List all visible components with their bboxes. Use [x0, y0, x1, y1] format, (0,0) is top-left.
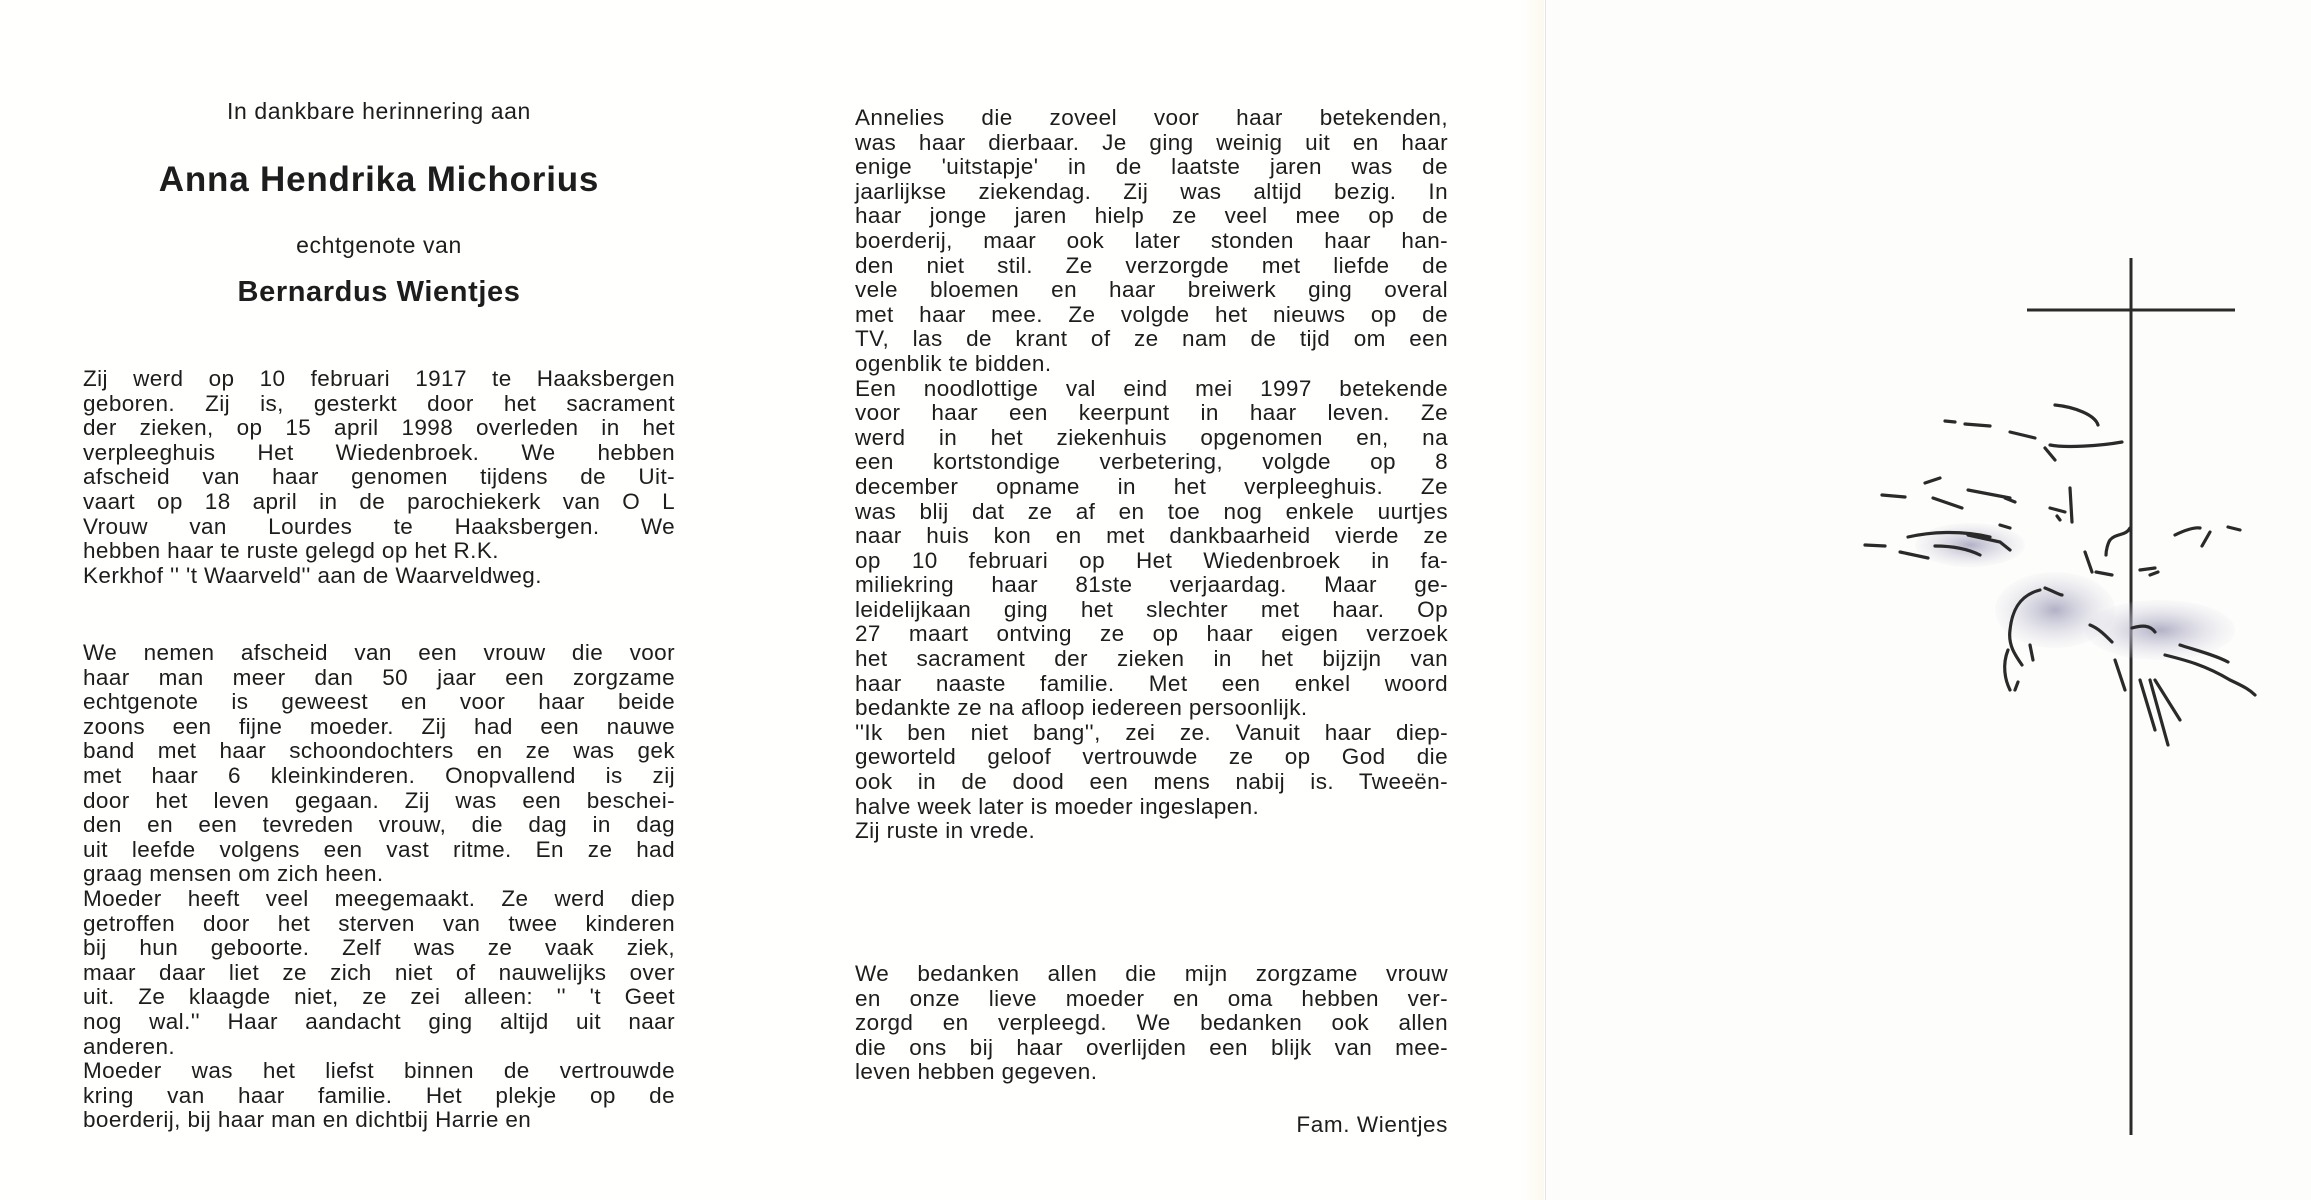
text-line: haar man meer dan 50 jaar een zorgzame	[83, 666, 675, 691]
text-line: door het leven gegaan. Zij was een besch…	[83, 789, 675, 814]
text-line: Kerkhof '' 't Waarveld'' aan de Waarveld…	[83, 564, 675, 589]
text-line: leven hebben gegeven.	[855, 1060, 1448, 1085]
text-line: 27 maart ontving ze op haar eigen verzoe…	[855, 622, 1448, 647]
text-line: kring van haar familie. Het plekje op de	[83, 1084, 675, 1109]
text-line: en onze lieve moeder en oma hebben ver-	[855, 987, 1448, 1012]
text-line: zorgd en verpleegd. We bedanken ook alle…	[855, 1011, 1448, 1036]
text-line: met haar 6 kleinkinderen. Onopvallend is…	[83, 764, 675, 789]
text-line: den en een tevreden vrouw, die dag in da…	[83, 813, 675, 838]
spouse-label: echtgenote van	[83, 232, 675, 259]
family-signature: Fam. Wientjes	[855, 1112, 1448, 1138]
text-line: enige 'uitstapje' in de laatste jaren wa…	[855, 155, 1448, 180]
text-line: uit leefde volgens een vast ritme. En ze…	[83, 838, 675, 863]
text-line: haar jonge jaren hielp ze veel mee op de	[855, 204, 1448, 229]
cross-icon	[2027, 258, 2235, 1135]
lily-flowers-icon	[1865, 405, 2255, 745]
text-line: was haar dierbaar. Je ging weinig uit en…	[855, 131, 1448, 156]
intro-text: In dankbare herinnering aan	[83, 98, 675, 125]
life-story-continued-paragraph: Annelies die zoveel voor haar betekenden…	[855, 106, 1448, 844]
text-line: Moeder was het liefst binnen de vertrouw…	[83, 1059, 675, 1084]
text-line: jaarlijkse ziekendag. Zij was altijd bez…	[855, 180, 1448, 205]
text-line: TV, las de krant of ze nam de tijd om ee…	[855, 327, 1448, 352]
cross-with-lilies-icon	[1850, 250, 2270, 1150]
text-line: haar naaste familie. Met een enkel woord	[855, 672, 1448, 697]
text-line: geboren. Zij is, gesterkt door het sacra…	[83, 392, 675, 417]
text-line: verpleeghuis Het Wiedenbroek. We hebben	[83, 441, 675, 466]
text-line: ogenblik te bidden.	[855, 352, 1448, 377]
text-line: die ons bij haar overlijden een blijk va…	[855, 1036, 1448, 1061]
text-line: zoons een fijne moeder. Zij had een nauw…	[83, 715, 675, 740]
text-line: het sacrament der zieken in het bijzijn …	[855, 647, 1448, 672]
biography-paragraph: Zij werd op 10 februari 1917 te Haaksber…	[83, 367, 675, 588]
thank-you-paragraph: We bedanken allen die mijn zorgzame vrou…	[855, 962, 1448, 1085]
text-line: den niet stil. Ze verzorgde met liefde d…	[855, 254, 1448, 279]
text-line: anderen.	[83, 1035, 675, 1060]
text-line: met haar mee. Ze volgde het nieuws op de	[855, 303, 1448, 328]
text-line: miliekring haar 81ste verjaardag. Maar g…	[855, 573, 1448, 598]
text-line: bedankte ze na afloop iedereen persoonli…	[855, 696, 1448, 721]
text-line: getroffen door het sterven van twee kind…	[83, 912, 675, 937]
text-line: vaart op 18 april in de parochiekerk van…	[83, 490, 675, 515]
text-line: werd in het ziekenhuis opgenomen en, na	[855, 426, 1448, 451]
text-line: vele bloemen en haar breiwerk ging overa…	[855, 278, 1448, 303]
text-line: nog wal.'' Haar aandacht ging altijd uit…	[83, 1010, 675, 1035]
text-line: leidelijkaan ging het slechter met haar.…	[855, 598, 1448, 623]
text-line: afscheid van haar genomen tijdens de Uit…	[83, 465, 675, 490]
text-line: geworteld geloof vertrouwde ze op God di…	[855, 745, 1448, 770]
text-line: Vrouw van Lourdes te Haaksbergen. We	[83, 515, 675, 540]
text-line: ''Ik ben niet bang'', zei ze. Vanuit haa…	[855, 721, 1448, 746]
text-line: We bedanken allen die mijn zorgzame vrou…	[855, 962, 1448, 987]
text-line: bij hun geboorte. Zelf was ze vaak ziek,	[83, 936, 675, 961]
text-line: echtgenote is geweest en voor haar beide	[83, 690, 675, 715]
deceased-name: Anna Hendrika Michorius	[83, 160, 675, 200]
text-line: voor haar een keerpunt in haar leven. Ze	[855, 401, 1448, 426]
text-line: halve week later is moeder ingeslapen.	[855, 795, 1448, 820]
text-line: Moeder heeft veel meegemaakt. Ze werd di…	[83, 887, 675, 912]
text-line: maar daar liet ze zich niet of nauwelijk…	[83, 961, 675, 986]
text-line: ook in de dood een mens nabij is. Tweeën…	[855, 770, 1448, 795]
text-line: een kortstondige verbetering, volgde op …	[855, 450, 1448, 475]
text-line: boerderij, maar ook later stonden haar h…	[855, 229, 1448, 254]
life-story-paragraph: We nemen afscheid van een vrouw die voor…	[83, 641, 675, 1133]
text-line: boerderij, bij haar man en dichtbij Harr…	[83, 1108, 675, 1133]
text-line: op 10 februari op Het Wiedenbroek in fa-	[855, 549, 1448, 574]
fold-shadow	[1520, 0, 1544, 1200]
text-line: Een noodlottige val eind mei 1997 beteke…	[855, 377, 1448, 402]
text-line: Zij ruste in vrede.	[855, 819, 1448, 844]
spouse-name: Bernardus Wientjes	[83, 276, 675, 309]
text-line: uit. Ze klaagde niet, ze zei alleen: '' …	[83, 985, 675, 1010]
text-line: hebben haar te ruste gelegd op het R.K.	[83, 539, 675, 564]
text-line: band met haar schoondochters en ze was g…	[83, 739, 675, 764]
text-line: Annelies die zoveel voor haar betekenden…	[855, 106, 1448, 131]
text-line: We nemen afscheid van een vrouw die voor	[83, 641, 675, 666]
text-line: der zieken, op 15 april 1998 overleden i…	[83, 416, 675, 441]
text-line: Zij werd op 10 februari 1917 te Haaksber…	[83, 367, 675, 392]
text-line: was blij dat ze af en toe nog enkele uur…	[855, 500, 1448, 525]
text-line: graag mensen om zich heen.	[83, 862, 675, 887]
text-line: december opname in het verpleeghuis. Ze	[855, 475, 1448, 500]
text-line: naar huis kon en met dankbaarheid vierde…	[855, 524, 1448, 549]
